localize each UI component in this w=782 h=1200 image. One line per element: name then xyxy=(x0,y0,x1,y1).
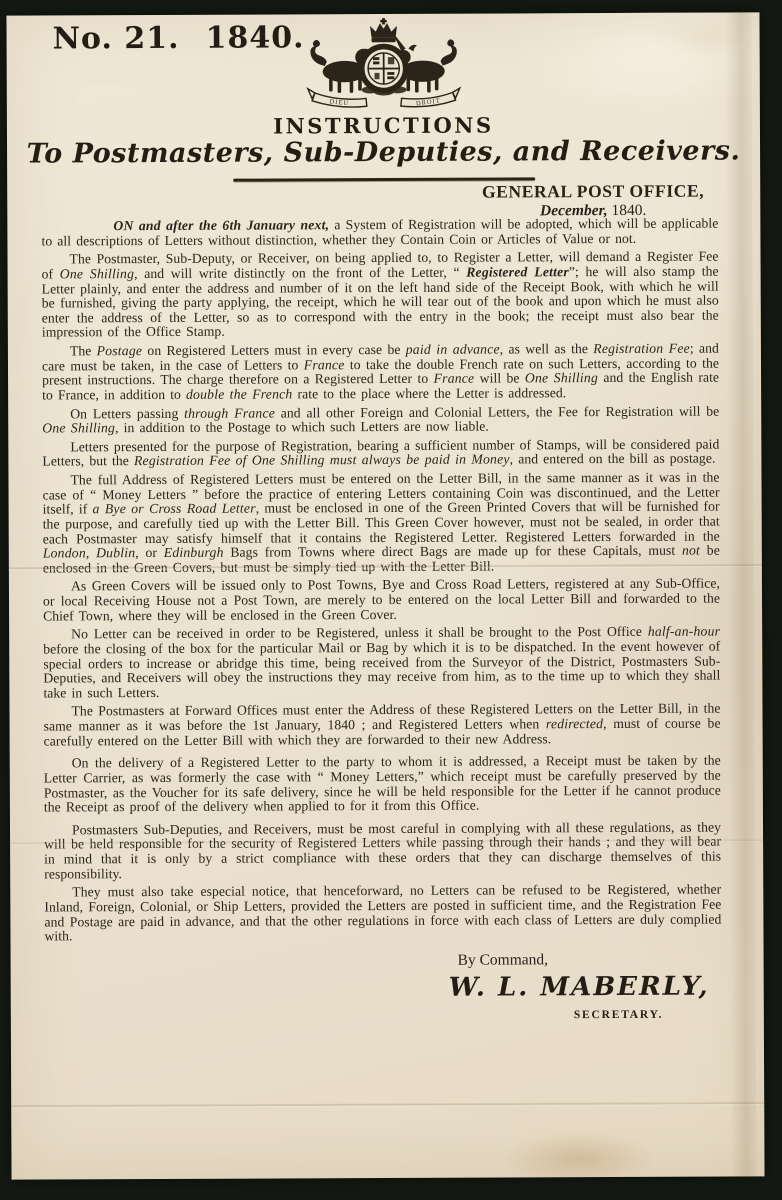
document-subtitle: To Postmasters, Sub-Deputies, and Receiv… xyxy=(7,135,760,169)
office-date: December, 1840. xyxy=(482,202,704,220)
paragraph: As Green Covers will be issued only to P… xyxy=(43,577,720,624)
office-date-year: 1840. xyxy=(611,202,646,219)
paragraph: ON and after the 6th January next, a Sys… xyxy=(41,217,718,249)
issue-year-label: 1840. xyxy=(205,20,304,55)
paragraph: The Postmaster, Sub-Deputy, or Receiver,… xyxy=(41,250,718,341)
paragraph: The Postage on Registered Letters must i… xyxy=(42,342,719,403)
paragraph: Letters presented for the purpose of Reg… xyxy=(42,437,719,469)
paragraph: No Letter can be received in order to be… xyxy=(43,625,720,701)
paragraph: Postmasters Sub-Deputies, and Receivers,… xyxy=(44,820,721,881)
signature-title: SECRETARY. xyxy=(11,1008,764,1023)
royal-coat-of-arms-icon: DIEU DROIT xyxy=(294,16,472,120)
office-date-month: December, xyxy=(540,202,608,219)
masthead: No. 21.1840. xyxy=(6,12,760,215)
document-page: No. 21.1840. xyxy=(6,12,764,1179)
paragraph: On the delivery of a Registered Letter t… xyxy=(44,754,721,815)
photo-background: No. 21.1840. xyxy=(0,0,782,1200)
signature-name: W. L. MABERLY, xyxy=(11,971,764,1004)
office-dateline: GENERAL POST OFFICE, December, 1840. xyxy=(482,182,704,220)
issue-number: No. 21.1840. xyxy=(52,20,304,56)
by-command-line: By Command, xyxy=(11,950,764,971)
paragraph: The Postmasters at Forward Offices must … xyxy=(43,702,720,749)
closing-block: By Command, W. L. MABERLY, SECRETARY. xyxy=(11,950,764,1023)
paragraph: The full Address of Registered Letters m… xyxy=(42,471,719,576)
office-name: GENERAL POST OFFICE, xyxy=(482,182,704,202)
document-body: ON and after the 6th January next, a Sys… xyxy=(41,217,721,945)
paragraph: They must also take especial notice, tha… xyxy=(44,883,721,944)
paragraph: On Letters passing through France and al… xyxy=(42,404,719,436)
issue-no-label: No. 21. xyxy=(52,21,179,57)
paper-fold-crease xyxy=(11,1101,764,1108)
